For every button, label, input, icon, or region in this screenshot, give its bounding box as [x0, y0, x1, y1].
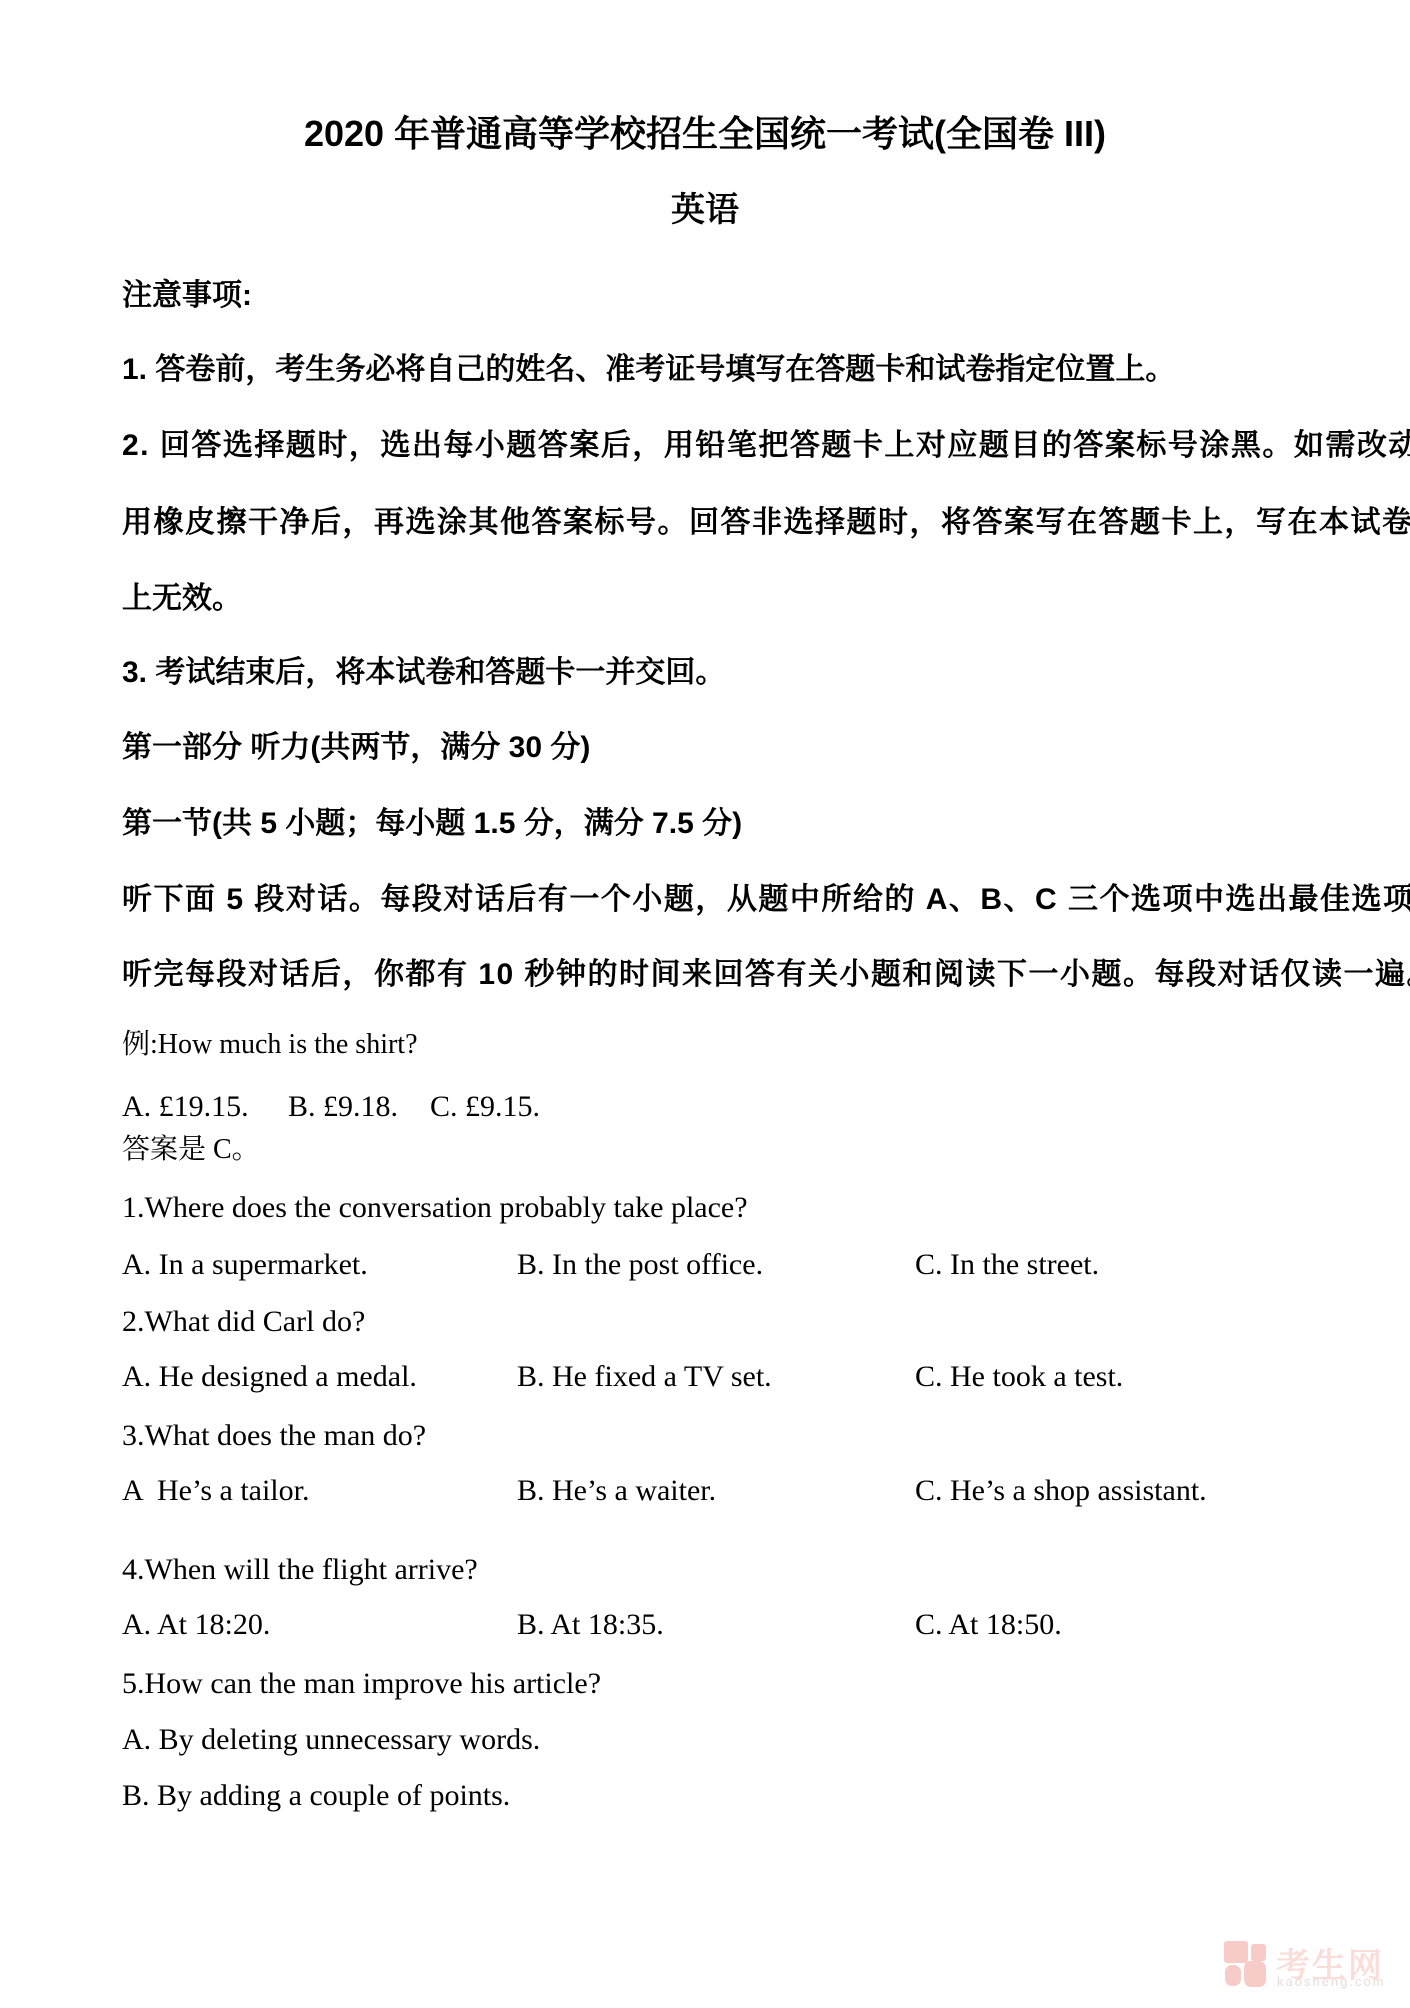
example-prompt: 例:How much is the shirt?	[122, 1028, 418, 1062]
example-option-c: C. £9.15.	[430, 1090, 540, 1124]
option-a: A. In a supermarket.	[122, 1248, 368, 1282]
section1-instruction-line: 听下面 5 段对话。每段对话后有一个小题，从题中所给的 A、B、C 三个选项中选…	[122, 882, 1410, 918]
option-c: C. He’s a shop assistant.	[915, 1474, 1207, 1508]
kaosheng-watermark: 考生网 kaosheng.com	[1224, 1940, 1410, 1998]
notice-line: 3. 考试结束后，将本试卷和答题卡一并交回。	[122, 655, 725, 691]
notice-heading: 注意事项:	[122, 278, 252, 314]
option-b: B. By adding a couple of points.	[122, 1778, 510, 1814]
option-a: A. At 18:20.	[122, 1608, 270, 1642]
question-stem: 1.Where does the conversation probably t…	[122, 1190, 748, 1226]
option-c: C. At 18:50.	[915, 1608, 1062, 1642]
page-title: 2020 年普通高等学校招生全国统一考试(全国卷 III)	[0, 112, 1410, 155]
option-c: C. In the street.	[915, 1248, 1099, 1282]
notice-line: 上无效。	[122, 581, 242, 617]
question-options: A. In a supermarket. B. In the post offi…	[122, 1248, 1410, 1288]
notice-line: 1. 答卷前，考生务必将自己的姓名、准考证号填写在答题卡和试卷指定位置上。	[122, 352, 1175, 388]
option-a: A. He designed a medal.	[122, 1360, 417, 1394]
notice-line: 2. 回答选择题时，选出每小题答案后，用铅笔把答题卡上对应题目的答案标号涂黑。如…	[122, 428, 1410, 464]
example-answer: 答案是 C。	[122, 1133, 260, 1167]
option-b: B. In the post office.	[517, 1248, 763, 1282]
option-a: A. By deleting unnecessary words.	[122, 1722, 540, 1758]
subject-title: 英语	[0, 190, 1410, 231]
watermark-site-url: kaosheng.com	[1277, 1974, 1386, 1989]
question-options: A He’s a tailor. B. He’s a waiter. C. He…	[122, 1474, 1410, 1514]
example-option-a: A. £19.15.	[122, 1090, 249, 1124]
option-b: B. He’s a waiter.	[517, 1474, 716, 1508]
question-stem: 2.What did Carl do?	[122, 1304, 365, 1340]
kaosheng-logo-icon	[1224, 1940, 1270, 1990]
exam-paper-page: 2020 年普通高等学校招生全国统一考试(全国卷 III) 英语 注意事项: 1…	[0, 0, 1410, 2008]
option-b: B. At 18:35.	[517, 1608, 664, 1642]
part1-heading: 第一部分 听力(共两节，满分 30 分)	[122, 730, 590, 766]
question-stem: 3.What does the man do?	[122, 1418, 426, 1454]
option-c: C. He took a test.	[915, 1360, 1123, 1394]
section1-heading: 第一节(共 5 小题；每小题 1.5 分，满分 7.5 分)	[122, 806, 742, 842]
section1-instruction-line: 听完每段对话后，你都有 10 秒钟的时间来回答有关小题和阅读下一小题。每段对话仅…	[122, 957, 1410, 993]
question-stem: 5.How can the man improve his article?	[122, 1666, 601, 1702]
notice-line: 用橡皮擦干净后，再选涂其他答案标号。回答非选择题时，将答案写在答题卡上，写在本试…	[122, 505, 1410, 541]
question-options: A. At 18:20. B. At 18:35. C. At 18:50.	[122, 1608, 1410, 1648]
option-a: A He’s a tailor.	[122, 1474, 309, 1508]
question-options: A. He designed a medal. B. He fixed a TV…	[122, 1360, 1410, 1400]
example-option-b: B. £9.18.	[288, 1090, 398, 1124]
option-b: B. He fixed a TV set.	[517, 1360, 772, 1394]
question-stem: 4.When will the flight arrive?	[122, 1552, 478, 1588]
example-options: A. £19.15. B. £9.18. C. £9.15.	[122, 1090, 1410, 1130]
